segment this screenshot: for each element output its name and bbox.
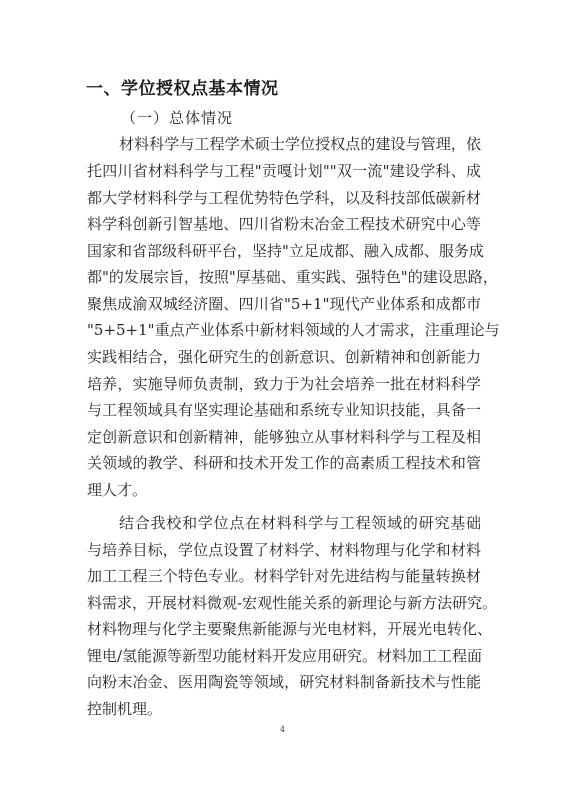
subsection-heading: （一）总体情况 xyxy=(121,107,233,128)
text-line: 料需求，开展材料微观-宏观性能关系的新理论与新方法研究。 xyxy=(87,593,481,613)
text-line: 都大学材料科学与工程优势特色学科，以及科技部低碳新材 xyxy=(87,188,481,208)
section-heading: 一、学位授权点基本情况 xyxy=(86,74,279,99)
text-line: 都"的发展宗旨，按照"厚基础、重实践、强特色"的建设思路， xyxy=(87,267,481,287)
text-line: 托四川省材料科学与工程"贡嘎计划""双一流"建设学科、成 xyxy=(87,161,481,181)
text-line: 料学科创新引智基地、四川省粉末冶金工程技术研究中心等 xyxy=(87,214,481,234)
text-line: 定创新意识和创新精神，能够独立从事材料科学与工程及相 xyxy=(87,427,481,447)
text-line: 国家和省部级科研平台，坚持"立足成都、融入成都、服务成 xyxy=(87,241,481,261)
text-line: 聚焦成渝双城经济圈、四川省"5+1"现代产业体系和成都市 xyxy=(87,294,481,314)
text-line: 加工工程三个特色专业。材料学针对先进结构与能量转换材 xyxy=(87,566,481,586)
text-line: 实践相结合，强化研究生的创新意识、创新精神和创新能力 xyxy=(87,347,481,367)
document-page: 一、学位授权点基本情况 （一）总体情况 材料科学与工程学术硕士学位授权点的建设与… xyxy=(0,0,566,800)
text-line: 与培养目标，学位点设置了材料学、材料物理与化学和材料 xyxy=(87,540,481,560)
text-line: 关领域的教学、科研和技术开发工作的高素质工程技术和管 xyxy=(87,453,481,473)
text-line: 锂电/氢能源等新型功能材料开发应用研究。材料加工工程面 xyxy=(87,646,481,666)
page-number: 4 xyxy=(280,725,285,734)
text-line: 与工程领域具有坚实理论基础和系统专业知识技能，具备一 xyxy=(87,400,481,420)
text-line: 向粉末冶金、医用陶瓷等领域，研究材料制备新技术与性能 xyxy=(87,672,481,692)
text-line: 材料物理与化学主要聚焦新能源与光电材料，开展光电转化、 xyxy=(87,619,481,639)
text-line: "5+5+1"重点产业体系中新材料领域的人才需求，注重理论与 xyxy=(87,320,481,340)
text-line: 材料科学与工程学术硕士学位授权点的建设与管理，依 xyxy=(119,134,481,154)
text-line: 理人才。 xyxy=(87,480,481,500)
text-line: 控制机理。 xyxy=(87,699,481,719)
text-line: 结合我校和学位点在材料科学与工程领域的研究基础 xyxy=(119,513,481,533)
text-line: 培养，实施导师负责制，致力于为社会培养一批在材料科学 xyxy=(87,374,481,394)
